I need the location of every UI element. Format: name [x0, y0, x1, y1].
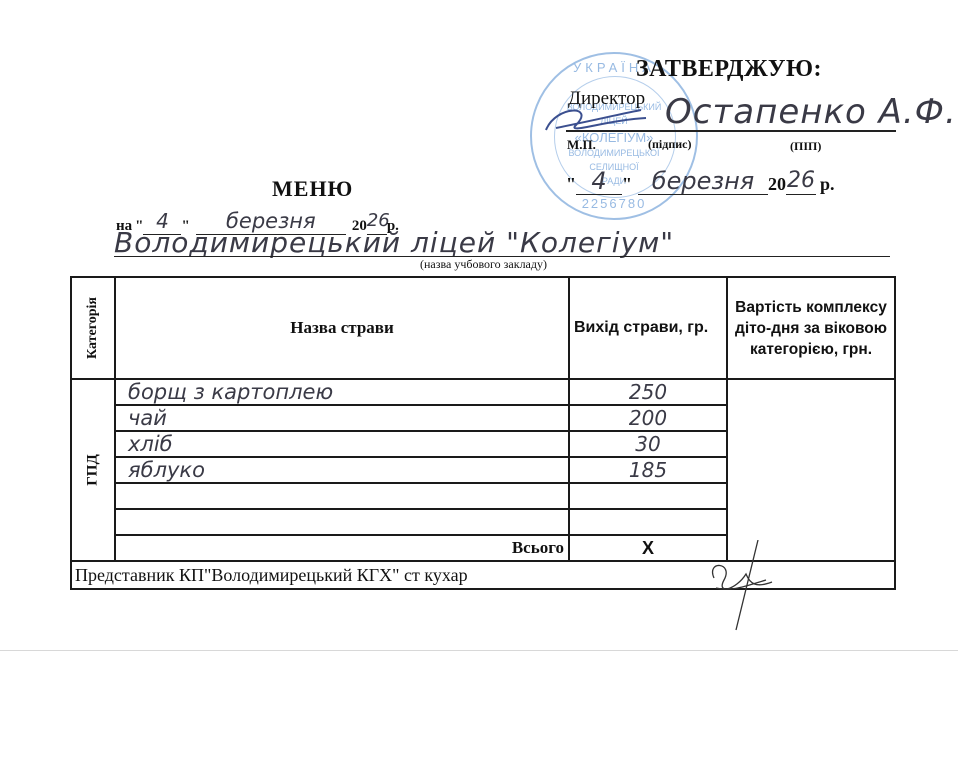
header-output: Вихід страви, гр. [569, 277, 727, 379]
output-cell: 185 [569, 457, 727, 483]
dish-name-cell [115, 509, 569, 535]
header-cost: Вартість комплексу діто-дня за віковою к… [727, 277, 895, 379]
school-name-caption: (назва учбового закладу) [420, 257, 547, 272]
mp-label: М.П. [567, 137, 596, 153]
total-output: Х [569, 535, 727, 561]
cook-signature [706, 540, 776, 640]
director-signature [536, 100, 656, 140]
table-row: ГПД борщ з картоплею 250 [71, 379, 895, 405]
director-name-handwritten: Остапенко А.Ф. [665, 92, 957, 132]
approval-title: ЗАТВЕРДЖУЮ: [636, 56, 822, 83]
output-cell: 250 [569, 379, 727, 405]
stamp-code: 2256780 [532, 196, 696, 211]
approval-date-day: 4 [576, 168, 622, 195]
dish-name-cell: хліб [115, 431, 569, 457]
date-quote-open: " [566, 174, 576, 195]
output-cell: 200 [569, 405, 727, 431]
total-label: Всього [115, 535, 569, 561]
signature-caption: (підпис) [648, 137, 691, 152]
category-cell: ГПД [71, 379, 115, 561]
menu-title: МЕНЮ [272, 176, 353, 202]
dish-name-cell: яблуко [115, 457, 569, 483]
approval-date-month: березня [638, 168, 768, 195]
table-header-row: Категорія Назва страви Вихід страви, гр.… [71, 277, 895, 379]
approval-year-unit: р. [820, 174, 835, 195]
output-cell [569, 509, 727, 535]
approval-year-prefix: 20 [768, 174, 786, 195]
header-dish-name: Назва страви [115, 277, 569, 379]
approval-date: " 4 " березня 20 26 р. [566, 168, 835, 195]
dish-name-cell [115, 483, 569, 509]
pip-caption: (ПІП) [790, 139, 821, 154]
date-quote-close: " [622, 174, 632, 195]
director-signature-line [566, 130, 896, 132]
dish-name-cell: чай [115, 405, 569, 431]
school-name-handwritten: Володимирецький ліцей "Колегіум" [114, 226, 674, 259]
cost-cell [727, 379, 895, 561]
page-edge-line [0, 650, 958, 651]
output-cell [569, 483, 727, 509]
dish-name-cell: борщ з картоплею [115, 379, 569, 405]
approval-year-suffix: 26 [786, 168, 816, 195]
header-category: Категорія [71, 277, 115, 379]
output-cell: 30 [569, 431, 727, 457]
